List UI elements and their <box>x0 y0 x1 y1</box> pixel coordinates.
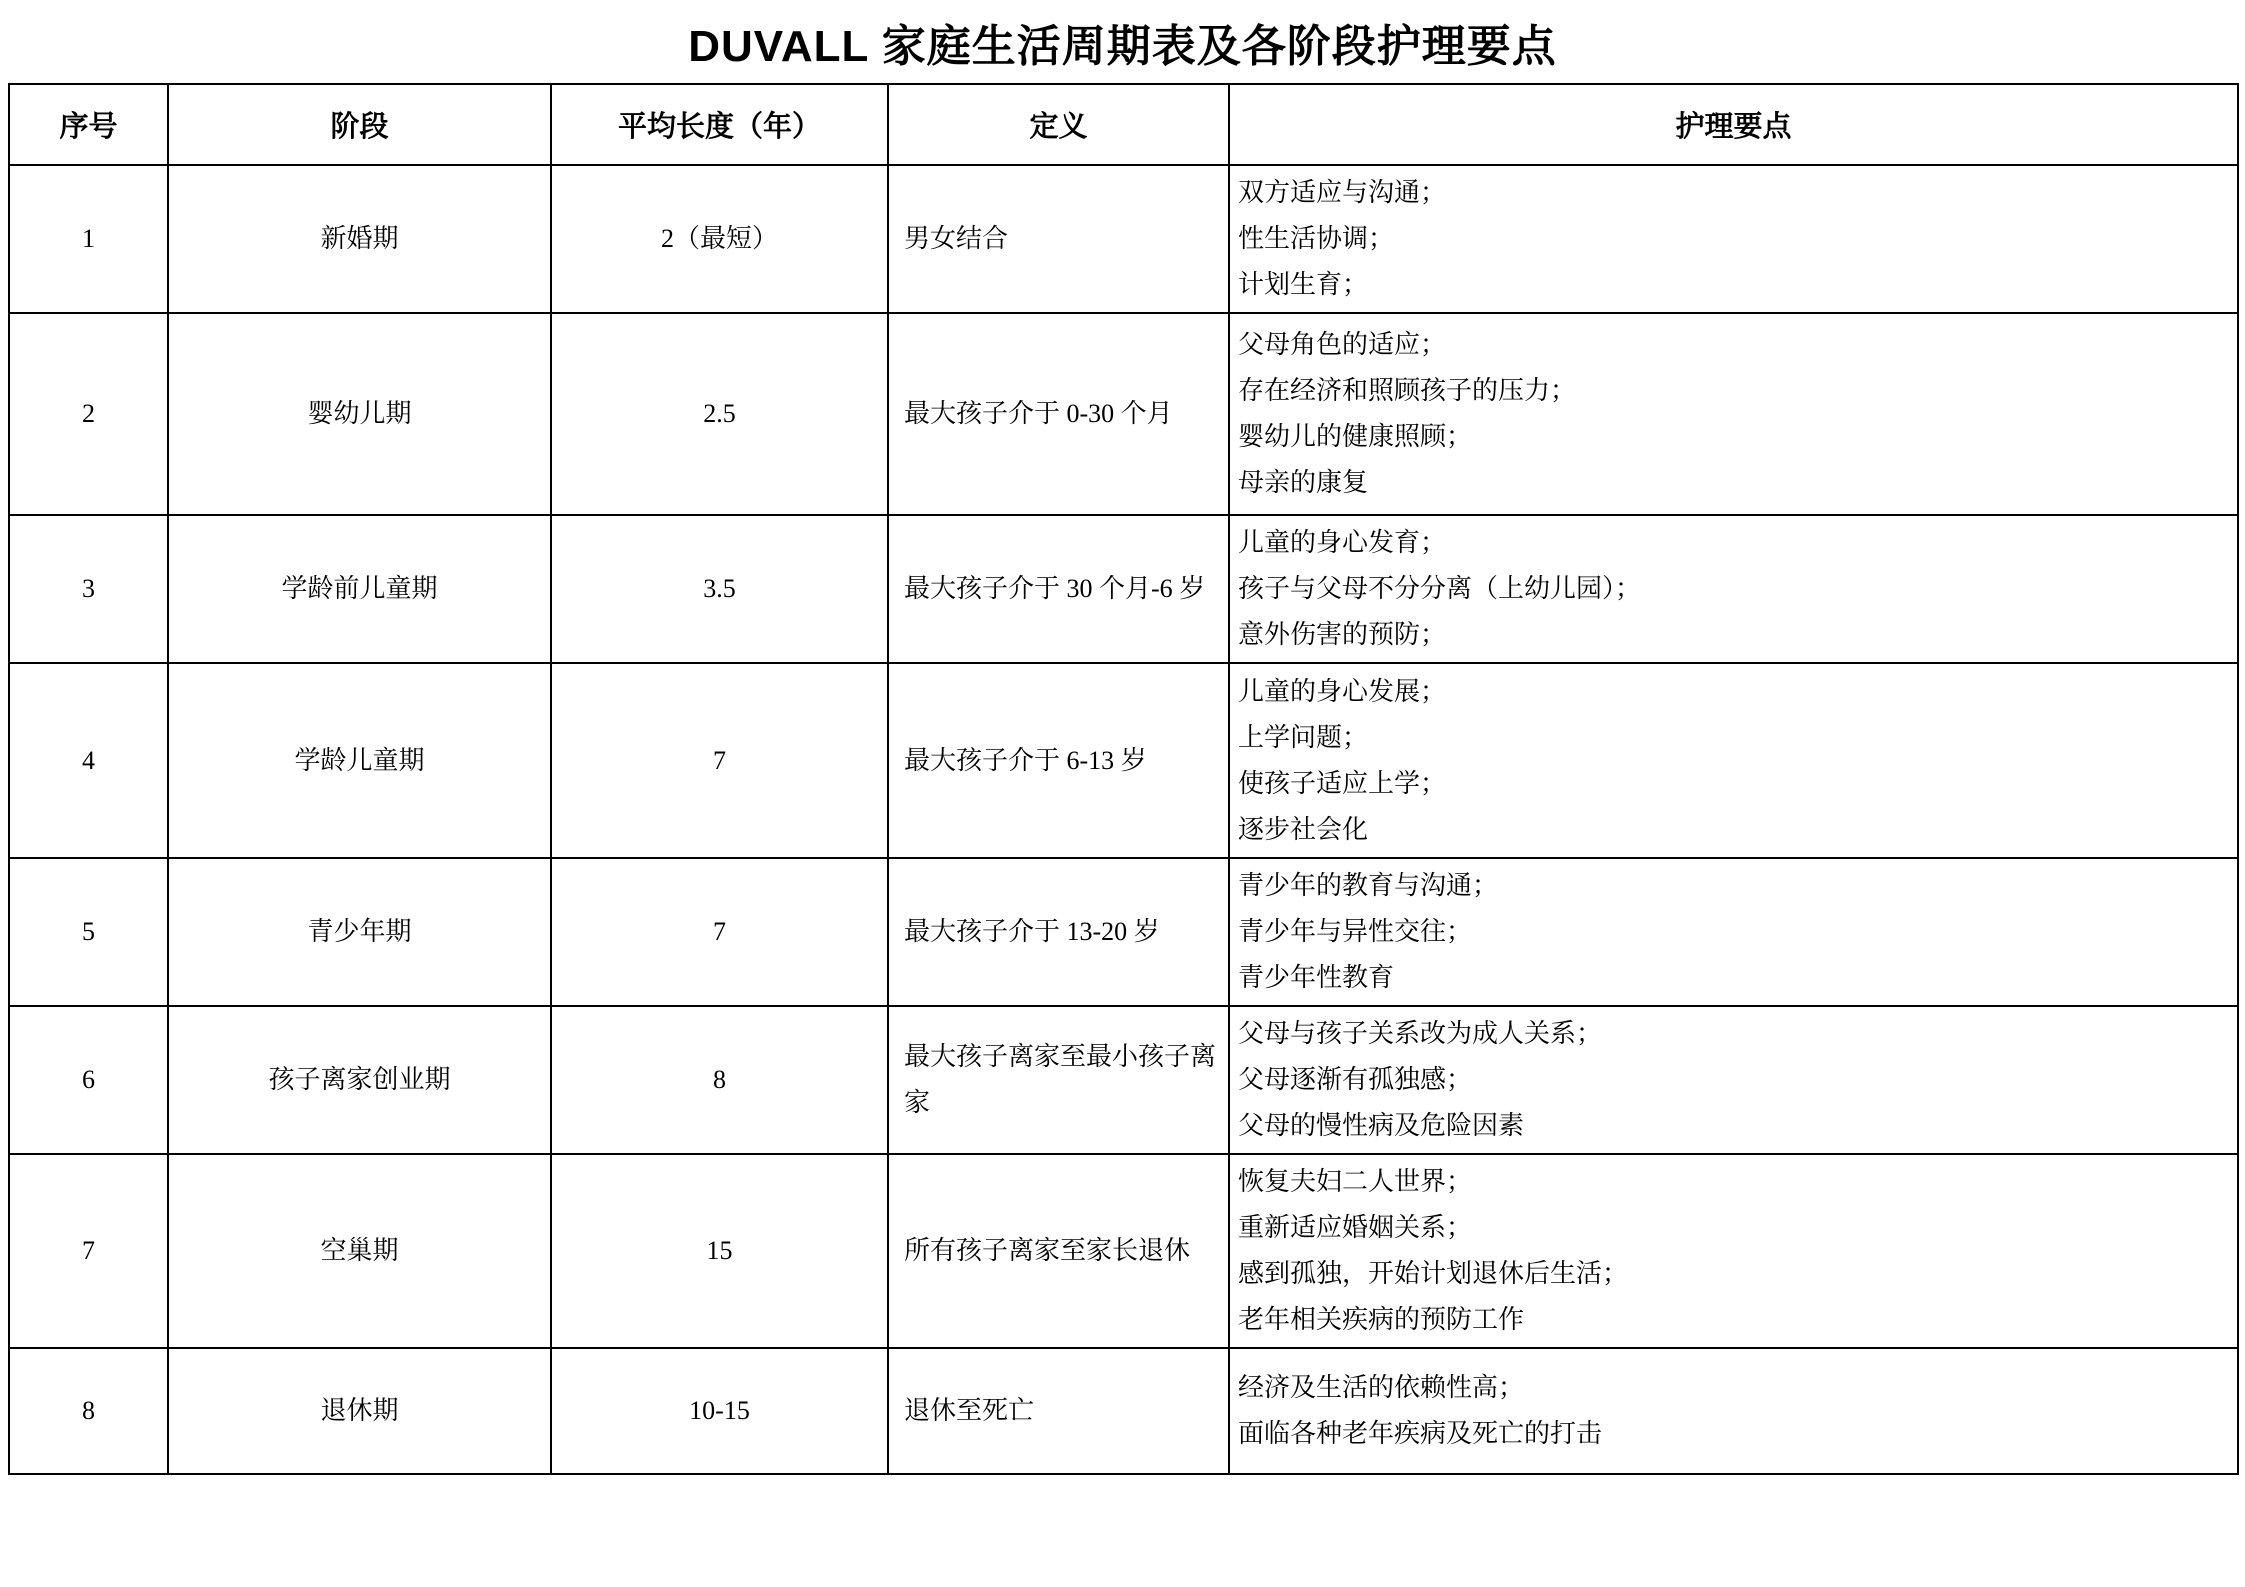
care-line: 父母的慢性病及危险因素 <box>1238 1103 2231 1149</box>
cell-care-points: 父母角色的适应； 存在经济和照顾孩子的压力； 婴幼儿的健康照顾； 母亲的康复 <box>1229 313 2238 515</box>
cell-length: 10-15 <box>551 1348 888 1474</box>
cell-length: 7 <box>551 663 888 858</box>
table-row: 4 学龄儿童期 7 最大孩子介于 6-13 岁 儿童的身心发展； 上学问题； 使… <box>9 663 2238 858</box>
table-header-row: 序号 阶段 平均长度（年） 定义 护理要点 <box>9 84 2238 165</box>
cell-care-points: 父母与孩子关系改为成人关系； 父母逐渐有孤独感； 父母的慢性病及危险因素 <box>1229 1006 2238 1154</box>
table-row: 7 空巢期 15 所有孩子离家至家长退休 恢复夫妇二人世界； 重新适应婚姻关系；… <box>9 1154 2238 1348</box>
cell-definition: 退休至死亡 <box>888 1348 1229 1474</box>
care-line: 父母与孩子关系改为成人关系； <box>1238 1011 2231 1057</box>
cell-length: 15 <box>551 1154 888 1348</box>
col-header-avg-length: 平均长度（年） <box>551 84 888 165</box>
cell-stage: 婴幼儿期 <box>168 313 551 515</box>
care-line: 上学问题； <box>1238 715 2231 761</box>
table-row: 3 学龄前儿童期 3.5 最大孩子介于 30 个月-6 岁 儿童的身心发育； 孩… <box>9 515 2238 663</box>
cell-stage: 新婚期 <box>168 165 551 313</box>
cell-length: 7 <box>551 858 888 1006</box>
cell-length: 2.5 <box>551 313 888 515</box>
col-header-care-points: 护理要点 <box>1229 84 2238 165</box>
cell-care-points: 青少年的教育与沟通； 青少年与异性交往； 青少年性教育 <box>1229 858 2238 1006</box>
cell-definition: 最大孩子介于 0-30 个月 <box>888 313 1229 515</box>
care-line: 婴幼儿的健康照顾； <box>1238 414 2231 460</box>
care-line: 逐步社会化 <box>1238 807 2231 853</box>
cell-length: 3.5 <box>551 515 888 663</box>
care-line: 青少年性教育 <box>1238 955 2231 1001</box>
col-header-stage: 阶段 <box>168 84 551 165</box>
cell-no: 8 <box>9 1348 168 1474</box>
table-row: 1 新婚期 2（最短） 男女结合 双方适应与沟通； 性生活协调； 计划生育； <box>9 165 2238 313</box>
cell-care-points: 儿童的身心发育； 孩子与父母不分分离（上幼儿园）； 意外伤害的预防； <box>1229 515 2238 663</box>
col-header-no: 序号 <box>9 84 168 165</box>
cell-stage: 学龄儿童期 <box>168 663 551 858</box>
care-line: 重新适应婚姻关系； <box>1238 1205 2231 1251</box>
cell-definition: 所有孩子离家至家长退休 <box>888 1154 1229 1348</box>
cell-stage: 学龄前儿童期 <box>168 515 551 663</box>
table-row: 5 青少年期 7 最大孩子介于 13-20 岁 青少年的教育与沟通； 青少年与异… <box>9 858 2238 1006</box>
cell-stage: 退休期 <box>168 1348 551 1474</box>
cell-length: 8 <box>551 1006 888 1154</box>
cell-no: 6 <box>9 1006 168 1154</box>
care-line: 计划生育； <box>1238 262 2231 308</box>
table-row: 6 孩子离家创业期 8 最大孩子离家至最小孩子离家 父母与孩子关系改为成人关系；… <box>9 1006 2238 1154</box>
care-line: 孩子与父母不分分离（上幼儿园）； <box>1238 566 2231 612</box>
cell-no: 1 <box>9 165 168 313</box>
page-title: DUVALL 家庭生活周期表及各阶段护理要点 <box>0 10 2245 74</box>
cell-no: 5 <box>9 858 168 1006</box>
cell-stage: 空巢期 <box>168 1154 551 1348</box>
cell-no: 3 <box>9 515 168 663</box>
care-line: 恢复夫妇二人世界； <box>1238 1159 2231 1205</box>
care-line: 青少年与异性交往； <box>1238 909 2231 955</box>
duvall-life-cycle-table: 序号 阶段 平均长度（年） 定义 护理要点 1 新婚期 2（最短） 男女结合 双… <box>8 83 2239 1475</box>
care-line: 经济及生活的依赖性高； <box>1238 1365 2231 1411</box>
cell-stage: 孩子离家创业期 <box>168 1006 551 1154</box>
cell-stage: 青少年期 <box>168 858 551 1006</box>
cell-definition: 最大孩子离家至最小孩子离家 <box>888 1006 1229 1154</box>
cell-definition: 男女结合 <box>888 165 1229 313</box>
cell-care-points: 恢复夫妇二人世界； 重新适应婚姻关系； 感到孤独，开始计划退休后生活； 老年相关… <box>1229 1154 2238 1348</box>
care-line: 母亲的康复 <box>1238 460 2231 506</box>
col-header-definition: 定义 <box>888 84 1229 165</box>
cell-definition: 最大孩子介于 13-20 岁 <box>888 858 1229 1006</box>
cell-length: 2（最短） <box>551 165 888 313</box>
care-line: 感到孤独，开始计划退休后生活； <box>1238 1251 2231 1297</box>
care-line: 使孩子适应上学； <box>1238 761 2231 807</box>
care-line: 存在经济和照顾孩子的压力； <box>1238 368 2231 414</box>
care-line: 性生活协调； <box>1238 216 2231 262</box>
care-line: 双方适应与沟通； <box>1238 170 2231 216</box>
cell-care-points: 经济及生活的依赖性高； 面临各种老年疾病及死亡的打击 <box>1229 1348 2238 1474</box>
cell-no: 4 <box>9 663 168 858</box>
care-line: 老年相关疾病的预防工作 <box>1238 1297 2231 1343</box>
cell-no: 7 <box>9 1154 168 1348</box>
cell-care-points: 儿童的身心发展； 上学问题； 使孩子适应上学； 逐步社会化 <box>1229 663 2238 858</box>
care-line: 儿童的身心发育； <box>1238 520 2231 566</box>
care-line: 父母逐渐有孤独感； <box>1238 1057 2231 1103</box>
table-row: 2 婴幼儿期 2.5 最大孩子介于 0-30 个月 父母角色的适应； 存在经济和… <box>9 313 2238 515</box>
cell-no: 2 <box>9 313 168 515</box>
care-line: 青少年的教育与沟通； <box>1238 863 2231 909</box>
care-line: 面临各种老年疾病及死亡的打击 <box>1238 1411 2231 1457</box>
care-line: 意外伤害的预防； <box>1238 612 2231 658</box>
cell-care-points: 双方适应与沟通； 性生活协调； 计划生育； <box>1229 165 2238 313</box>
cell-definition: 最大孩子介于 30 个月-6 岁 <box>888 515 1229 663</box>
cell-definition: 最大孩子介于 6-13 岁 <box>888 663 1229 858</box>
table-row: 8 退休期 10-15 退休至死亡 经济及生活的依赖性高； 面临各种老年疾病及死… <box>9 1348 2238 1474</box>
care-line: 父母角色的适应； <box>1238 322 2231 368</box>
care-line: 儿童的身心发展； <box>1238 669 2231 715</box>
